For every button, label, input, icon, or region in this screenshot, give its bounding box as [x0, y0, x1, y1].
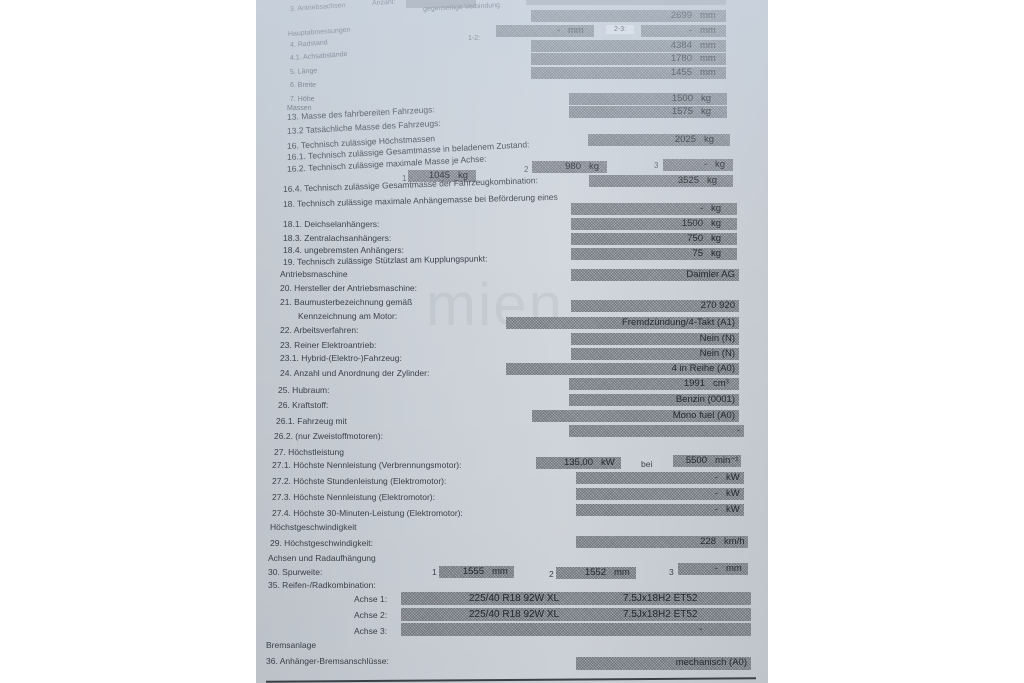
document-page: mien 3. Antriebsachsen Anzahl: gegenseit… — [256, 0, 768, 683]
mass-16-4-field: 3525kg — [589, 175, 733, 187]
engine-21-label2: Kennzeichnung am Motor: — [298, 311, 397, 321]
axle-mass-2-num: 2 — [524, 165, 528, 174]
engine-24-label: 24. Anzahl und Anordnung der Zylinder: — [280, 368, 429, 378]
power-27-4-label: 27.4. Höchste 30-Minuten-Leistung (Elekt… — [272, 508, 463, 518]
speed-29-label: 29. Höchstgeschwindigkeit: — [270, 538, 373, 548]
engine-26-1-field: Mono fuel (A0) — [532, 410, 739, 422]
dim-label-6: 6. Breite — [290, 82, 316, 89]
power-27-1-field: 135,00kW — [536, 457, 621, 469]
engine-21-label: 21. Baumusterbezeichnung gemäß — [280, 297, 412, 307]
engine-23-label: 23. Reiner Elektroantrieb: — [280, 340, 376, 350]
mass-18-label: 18. Technisch zulässige maximale Anhänge… — [283, 192, 558, 209]
axle-spacing-12-label: 1-2: — [468, 35, 480, 42]
mass-18-3-field: 750kg — [571, 233, 737, 245]
engine-26-2-field: - — [569, 425, 744, 437]
power-27-3-field: -kW — [576, 488, 744, 500]
power-27-2-label: 27.2. Höchste Stundenleistung (Elektromo… — [272, 476, 446, 486]
power-27-1-label: 27.1. Höchste Nennleistung (Verbrennungs… — [272, 460, 461, 470]
axles-heading: Achsen und Radaufhängung — [268, 553, 376, 563]
mass-13-2-field: 1575kg — [569, 106, 727, 118]
tyre-axle-3-label: Achse 3: — [354, 626, 387, 636]
tyres-35-label: 35. Reifen-/Radkombination: — [268, 580, 376, 590]
axle-spacing-12-field: -mm — [496, 25, 594, 37]
engine-22-label: 22. Arbeitsverfahren: — [280, 325, 358, 335]
engine-26-2-label: 26.2. (nur Zweistoffmotoren): — [274, 431, 383, 441]
tyre-axle-1-tyre: 225/40 R18 92W XL — [469, 592, 559, 605]
axle-spacing-23-field: -mm — [641, 25, 726, 37]
mass-18-3-label: 18.3. Zentralachsanhängers: — [283, 233, 391, 243]
dim-label-4-1: 4.1. Achsabstände — [290, 51, 348, 62]
dim-label-5: 5. Länge — [290, 68, 318, 76]
axle-mass-2-field: 980kg — [532, 161, 607, 173]
track-3-field: -mm — [678, 563, 748, 575]
engine-25-label: 25. Hubraum: — [278, 385, 330, 395]
mass-16-1-field: 2025kg — [588, 134, 730, 146]
main-dimensions-heading: Hauptabmessungen — [288, 27, 351, 38]
bottom-rule — [266, 677, 756, 682]
track-2-num: 2 — [549, 569, 554, 579]
item3-label: 3. Antriebsachsen — [290, 2, 346, 13]
power-27-2-field: -kW — [576, 472, 744, 484]
mass-18-4-field: 75kg — [571, 248, 737, 260]
brakes-36-label: 36. Anhänger-Bremsanschlüsse: — [266, 656, 389, 666]
track-2-field: 1552mm — [556, 567, 636, 579]
mass-19-label: 19. Technisch zulässige Stützlast am Kup… — [283, 253, 488, 267]
mass-13-field: 1500kg — [569, 93, 727, 105]
speed-29-field: 228km/h — [576, 536, 748, 548]
tyre-axle-1-field: 225/40 R18 92W XL 7.5Jx18H2 ET52 — [401, 592, 751, 605]
tyre-axle-2-tyre: 225/40 R18 92W XL — [469, 608, 559, 621]
track-30-label: 30. Spurweite: — [268, 567, 322, 577]
track-1-num: 1 — [432, 567, 437, 577]
brakes-36-field: mechanisch (A0) — [576, 657, 751, 670]
mass-18-1-label: 18.1. Deichselanhängers: — [283, 219, 379, 229]
engine-heading: Antriebsmaschine — [280, 269, 348, 279]
dim-label-7: 7. Höhe — [290, 96, 315, 103]
engine-23-1-field: Nein (N) — [571, 348, 739, 360]
item3-extra: Anzahl: — [372, 0, 396, 7]
power-27-1-rpm-field: 5500min⁻¹ — [673, 455, 741, 467]
top-dimension-field: 2699mm — [531, 10, 726, 22]
tyre-axle-2-label: Achse 2: — [354, 610, 387, 620]
engine-25-field: 1991cm³ — [569, 378, 739, 390]
engine-26-field: Benzin (0001) — [569, 394, 739, 406]
brakes-heading: Bremsanlage — [266, 640, 316, 650]
manufacturer-field: Daimler AG — [571, 269, 739, 281]
tyre-axle-2-field: 225/40 R18 92W XL 7.5Jx18H2 ET52 — [401, 608, 751, 621]
track-3-num: 3 — [669, 567, 674, 577]
speed-heading: Höchstgeschwindigkeit — [270, 522, 356, 532]
power-27-1-at: bei — [641, 459, 652, 469]
engine-22-field: Fremdzündung/4-Takt (A1) — [506, 317, 739, 329]
power-27-3-label: 27.3. Höchste Nennleistung (Elektromotor… — [272, 492, 435, 502]
engine-23-1-label: 23.1. Hybrid-(Elektro-)Fahrzeug: — [280, 353, 402, 363]
axle-spacing-23-label: 2-3: — [606, 25, 634, 34]
axle-mass-3-field: -kg — [663, 159, 733, 171]
mass-18-1-field: 1500kg — [571, 218, 737, 230]
tyre-axle-3-field: - — [401, 623, 751, 636]
engine-26-label: 26. Kraftstoff: — [278, 400, 328, 410]
tyre-axle-2-rim: 7.5Jx18H2 ET52 — [623, 608, 698, 621]
tyre-axle-3-rim: - — [699, 623, 702, 636]
item3-note-box — [526, 0, 726, 5]
tyre-axle-1-label: Achse 1: — [354, 594, 387, 604]
engine-24-field: 4 in Reihe (A0) — [506, 363, 739, 375]
dim-label-4: 4. Radstand — [290, 39, 328, 49]
engine-21-field: 270 920 — [571, 300, 739, 312]
engine-23-field: Nein (N) — [571, 333, 739, 345]
track-1-field: 1555mm — [439, 566, 514, 578]
power-heading: 27. Höchstleistung — [274, 447, 344, 457]
dim-field-5: 1455mm — [531, 67, 726, 79]
engine-20-label: 20. Hersteller der Antriebsmaschine: — [280, 283, 417, 293]
mass-18-field: -kg — [571, 203, 737, 215]
axle-mass-3-num: 3 — [654, 161, 658, 170]
dim-field-4-1: 1780mm — [531, 53, 726, 65]
engine-26-1-label: 26.1. Fahrzeug mit — [276, 416, 347, 426]
mass-18-4-label: 18.4. ungebremsten Anhängers: — [283, 245, 404, 255]
dim-field-4: 4384mm — [531, 40, 726, 52]
power-27-4-field: -kW — [576, 504, 744, 516]
tyre-axle-1-rim: 7.5Jx18H2 ET52 — [623, 592, 698, 605]
